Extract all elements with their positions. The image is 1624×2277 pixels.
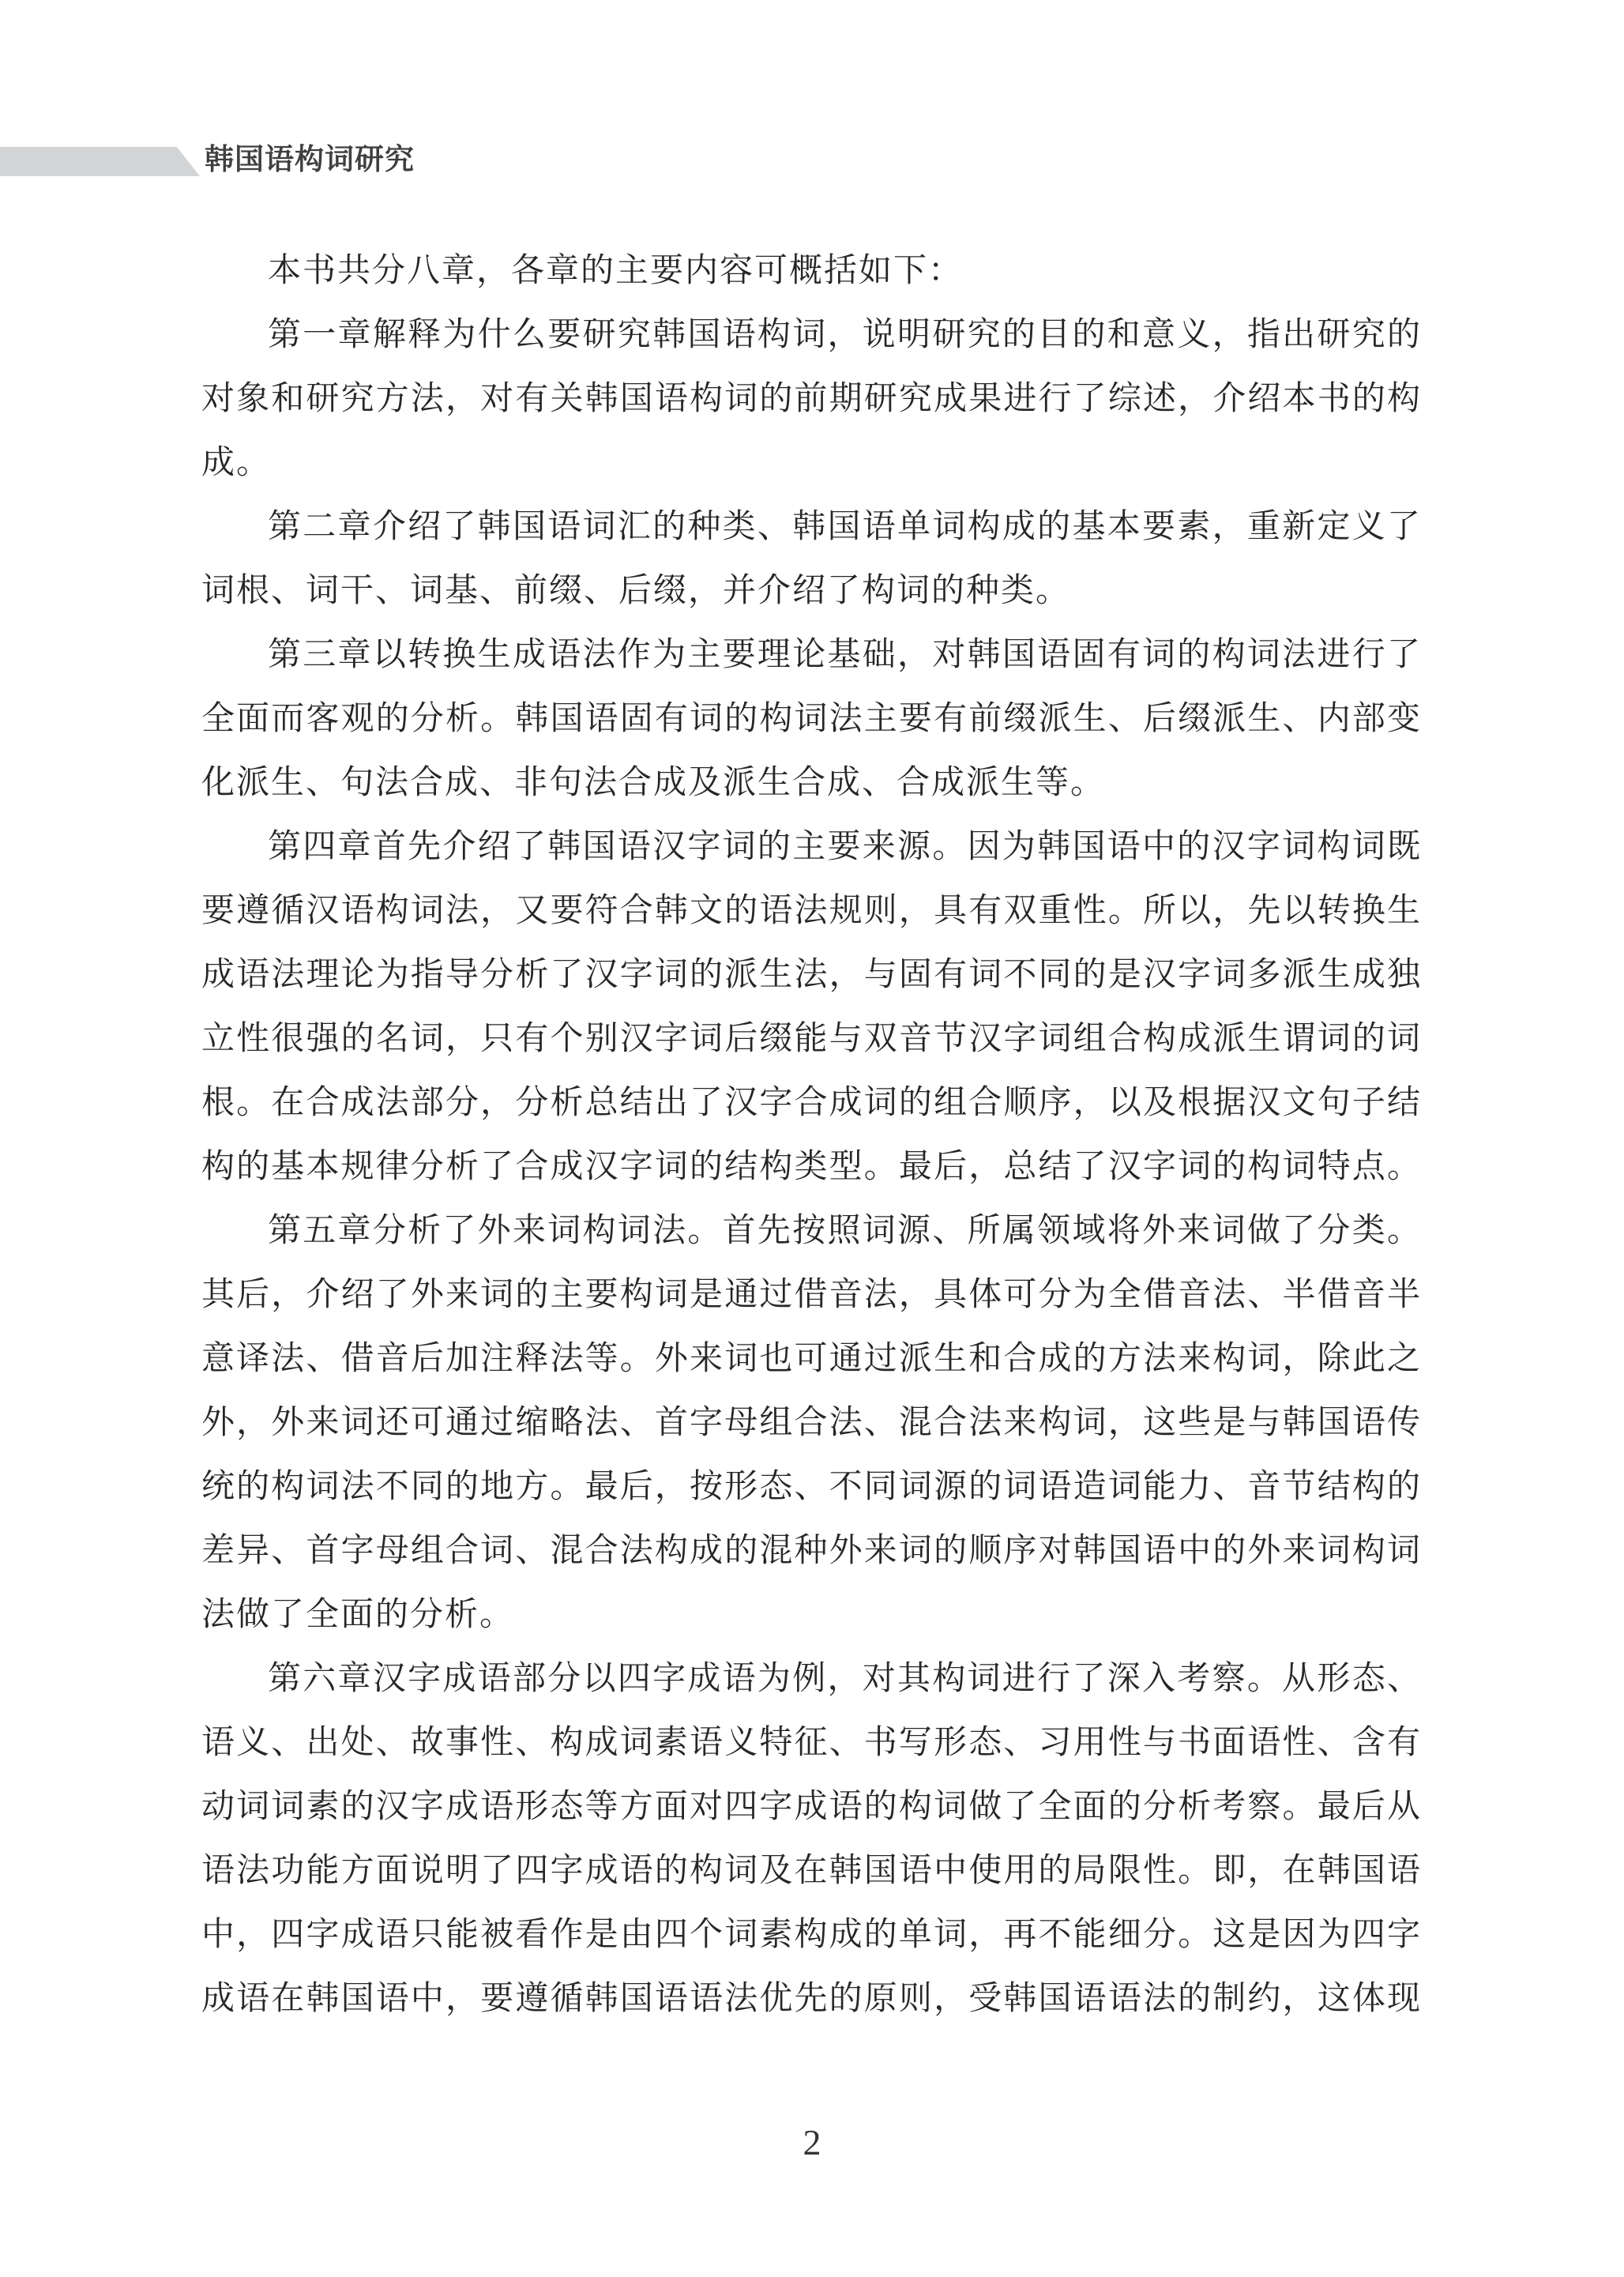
body-line: 第五章分析了外来词构词法。首先按照词源、所属领域将外来词做了分类。 <box>201 1199 1422 1263</box>
body-line: 语义、出处、故事性、构成词素语义特征、书写形态、习用性与书面语性、含有 <box>201 1711 1422 1775</box>
body-line: 对象和研究方法，对有关韩国语构词的前期研究成果进行了综述，介绍本书的构 <box>201 367 1422 431</box>
body-line: 化派生、句法合成、非句法合成及派生合成、合成派生等。 <box>201 751 1422 815</box>
body-line: 外，外来词还可通过缩略法、首字母组合法、混合法来构词，这些是与韩国语传 <box>201 1391 1422 1455</box>
body-line: 第三章以转换生成语法作为主要理论基础，对韩国语固有词的构词法进行了 <box>201 623 1422 687</box>
body-line: 语法功能方面说明了四字成语的构词及在韩国语中使用的局限性。即，在韩国语 <box>201 1839 1422 1903</box>
body-line: 第二章介绍了韩国语词汇的种类、韩国语单词构成的基本要素，重新定义了 <box>201 495 1422 559</box>
body-line: 其后，介绍了外来词的主要构词是通过借音法，具体可分为全借音法、半借音半 <box>201 1263 1422 1327</box>
page-number: 2 <box>0 2119 1624 2166</box>
body-line: 成语在韩国语中，要遵循韩国语语法优先的原则，受韩国语语法的制约，这体现 <box>201 1967 1422 2031</box>
body-line: 立性很强的名词，只有个别汉字词后缀能与双音节汉字词组合构成派生谓词的词 <box>201 1007 1422 1071</box>
body-line: 第四章首先介绍了韩国语汉字词的主要来源。因为韩国语中的汉字词构词既 <box>201 815 1422 879</box>
body-line: 词根、词干、词基、前缀、后缀，并介绍了构词的种类。 <box>201 559 1422 623</box>
body-text: 本书共分八章，各章的主要内容可概括如下：第一章解释为什么要研究韩国语构词，说明研… <box>201 239 1422 2031</box>
body-line: 第一章解释为什么要研究韩国语构词，说明研究的目的和意义，指出研究的 <box>201 303 1422 367</box>
body-line: 成语法理论为指导分析了汉字词的派生法，与固有词不同的是汉字词多派生成独 <box>201 943 1422 1007</box>
body-line: 第六章汉字成语部分以四字成语为例，对其构词进行了深入考察。从形态、 <box>201 1647 1422 1711</box>
body-line: 中，四字成语只能被看作是由四个词素构成的单词，再不能细分。这是因为四字 <box>201 1903 1422 1967</box>
header-accent-band <box>0 147 200 176</box>
body-line: 本书共分八章，各章的主要内容可概括如下： <box>201 239 1422 303</box>
body-line: 差异、首字母组合词、混合法构成的混种外来词的顺序对韩国语中的外来词构词 <box>201 1519 1422 1583</box>
body-line: 意译法、借音后加注释法等。外来词也可通过派生和合成的方法来构词，除此之 <box>201 1327 1422 1391</box>
book-page: 韩国语构词研究 本书共分八章，各章的主要内容可概括如下：第一章解释为什么要研究韩… <box>0 0 1624 2277</box>
body-line: 成。 <box>201 431 1422 495</box>
body-line: 要遵循汉语构词法，又要符合韩文的语法规则，具有双重性。所以，先以转换生 <box>201 879 1422 943</box>
body-line: 构的基本规律分析了合成汉字词的结构类型。最后，总结了汉字词的构词特点。 <box>201 1135 1422 1199</box>
body-line: 法做了全面的分析。 <box>201 1583 1422 1647</box>
running-title: 韩国语构词研究 <box>205 142 415 177</box>
body-line: 统的构词法不同的地方。最后，按形态、不同词源的词语造词能力、音节结构的 <box>201 1455 1422 1519</box>
body-line: 根。在合成法部分，分析总结出了汉字合成词的组合顺序，以及根据汉文句子结 <box>201 1071 1422 1135</box>
body-line: 动词词素的汉字成语形态等方面对四字成语的构词做了全面的分析考察。最后从 <box>201 1775 1422 1839</box>
body-line: 全面而客观的分析。韩国语固有词的构词法主要有前缀派生、后缀派生、内部变 <box>201 687 1422 751</box>
